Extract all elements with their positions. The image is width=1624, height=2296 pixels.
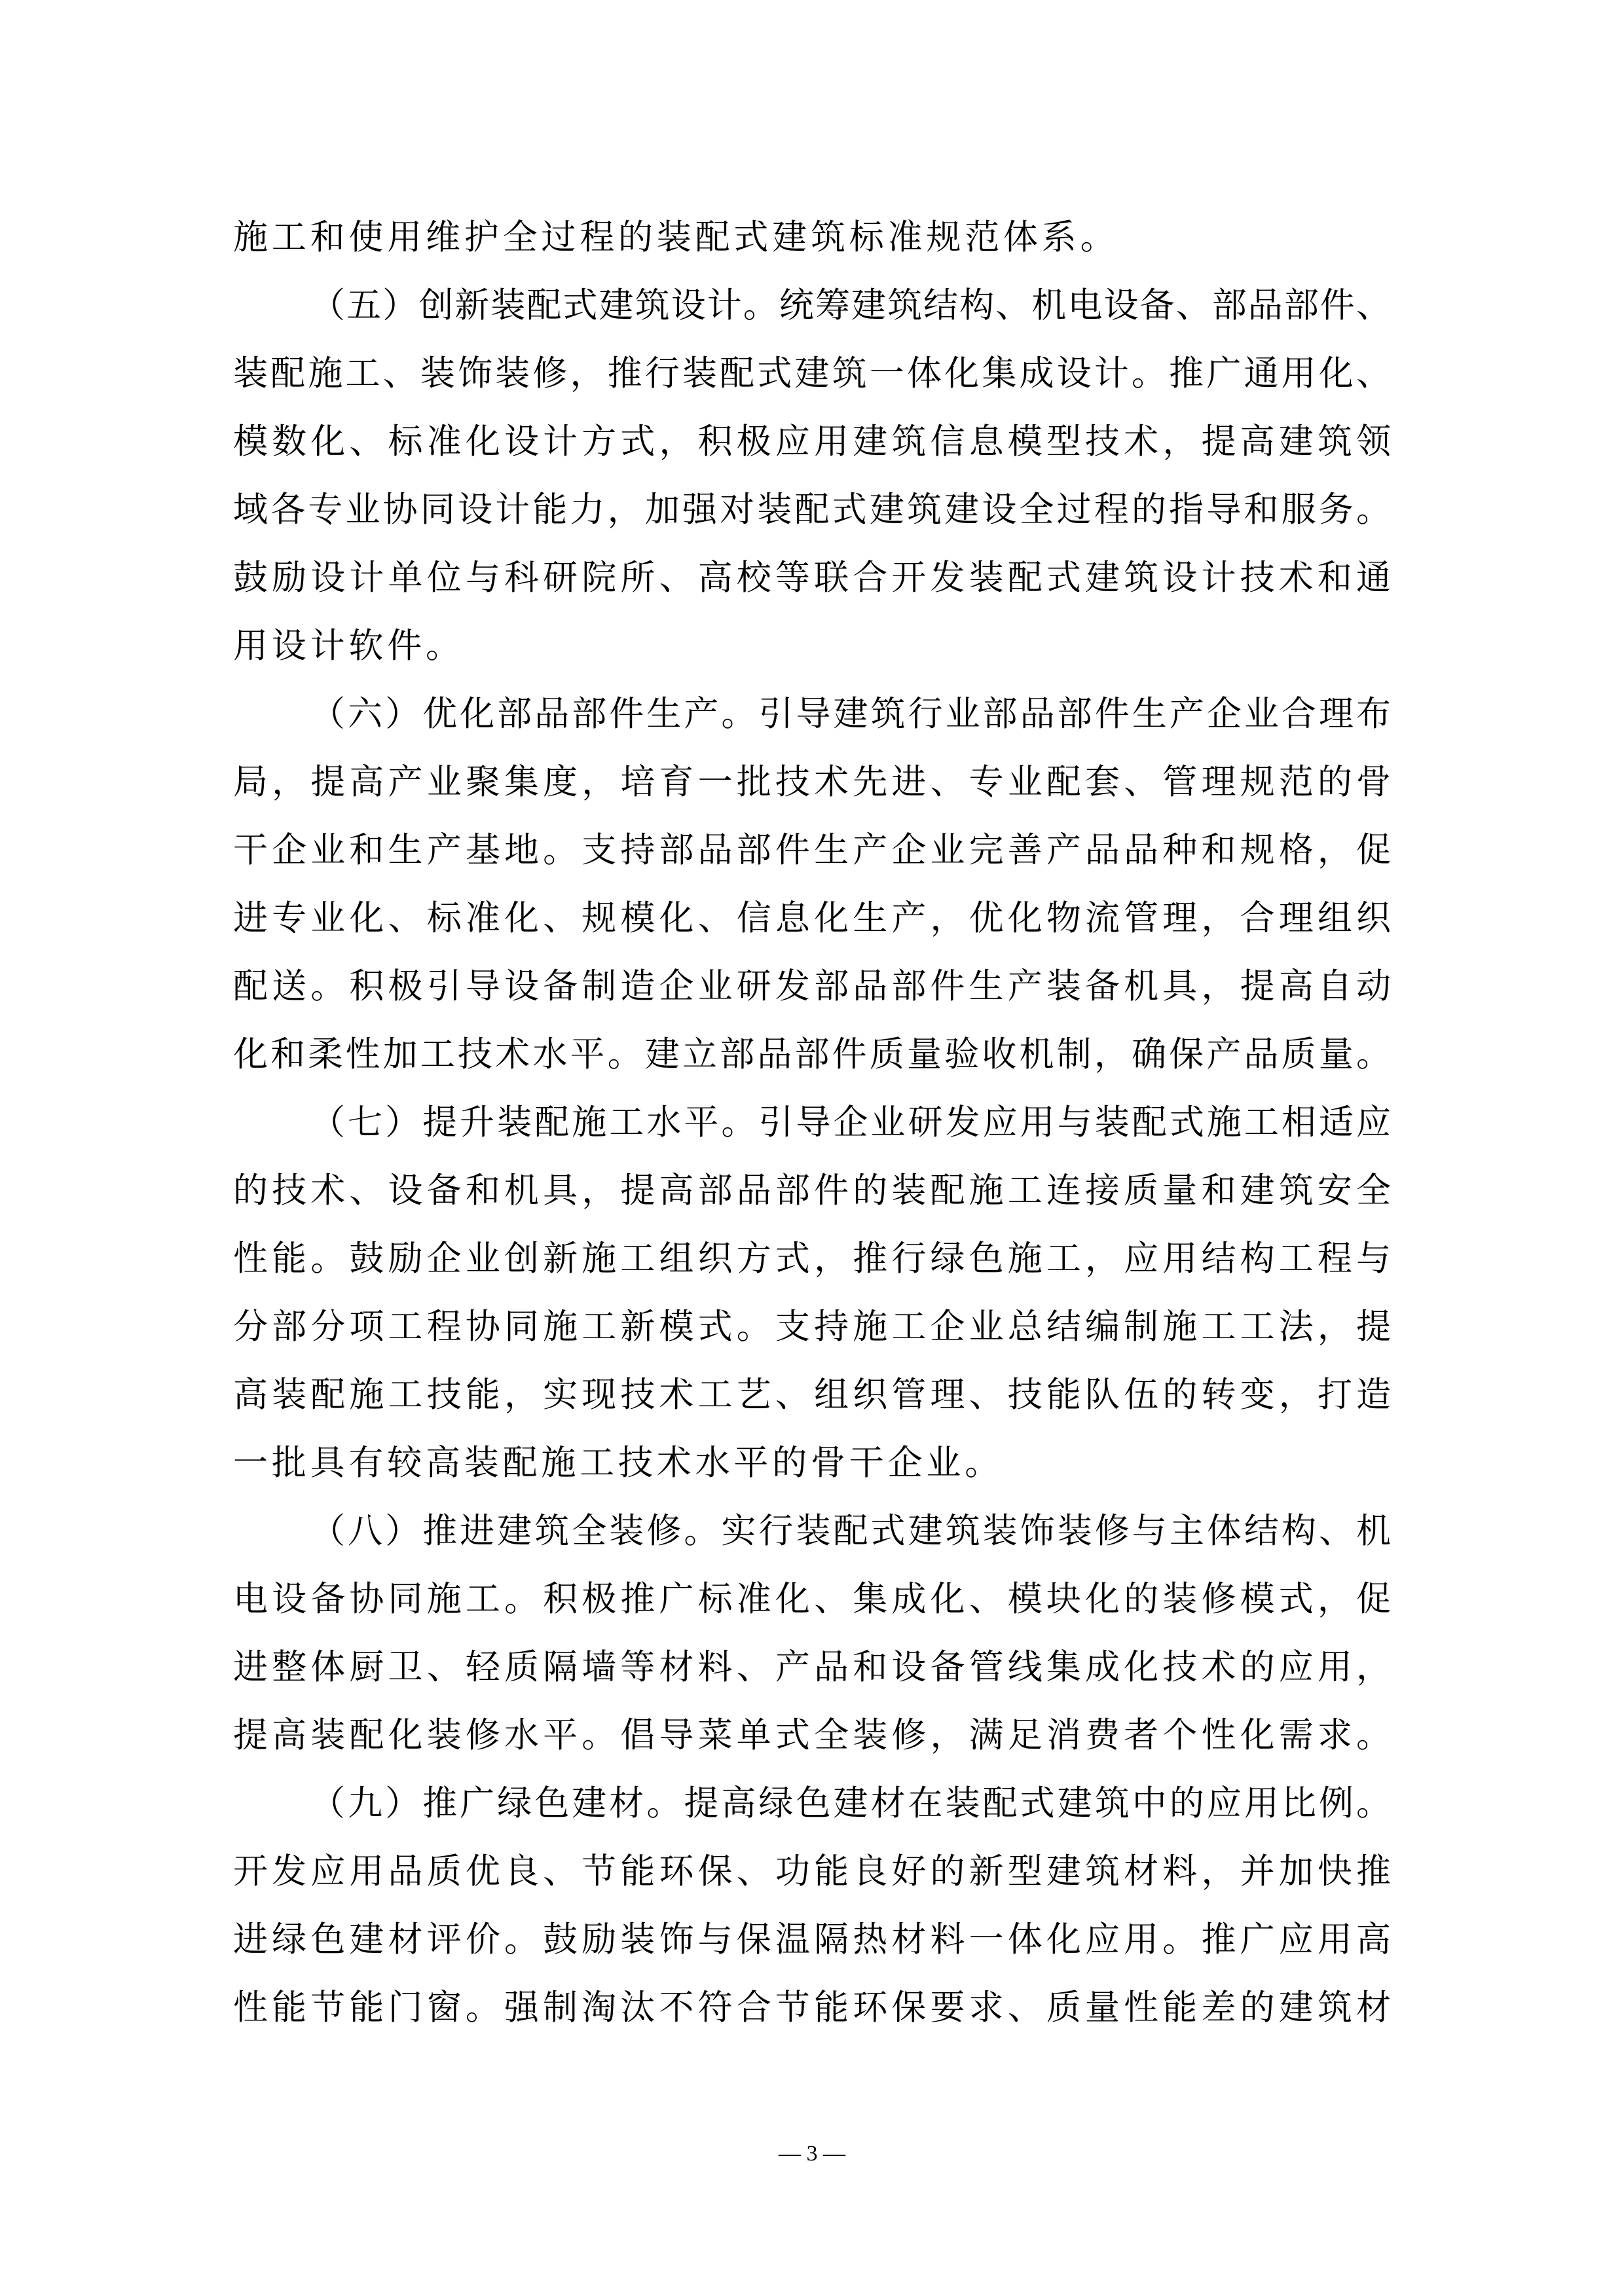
text-line: 一批具有较高装配施工技术水平的骨干企业。 (233, 1429, 1391, 1497)
text-line: （七）提升装配施工水平。引导企业研发应用与装配式施工相适应 (233, 1089, 1391, 1157)
text-line: 进专业化、标准化、规模化、信息化生产，优化物流管理，合理组织 (233, 884, 1391, 953)
text-line: （六）优化部品部件生产。引导建筑行业部品部件生产企业合理布 (233, 680, 1391, 748)
text-line: （五）创新装配式建筑设计。统筹建筑结构、机电设备、部品部件、 (233, 272, 1391, 340)
text-line: 施工和使用维护全过程的装配式建筑标准规范体系。 (233, 204, 1391, 272)
text-line: 局，提高产业聚集度，培育一批技术先进、专业配套、管理规范的骨 (233, 748, 1391, 816)
text-line: 配送。积极引导设备制造企业研发部品部件生产装备机具，提高自动 (233, 953, 1391, 1021)
text-line: 的技术、设备和机具，提高部品部件的装配施工连接质量和建筑安全 (233, 1157, 1391, 1225)
text-line: 电设备协同施工。积极推广标准化、集成化、模块化的装修模式，促 (233, 1565, 1391, 1633)
text-line: 进绿色建材评价。鼓励装饰与保温隔热材料一体化应用。推广应用高 (233, 1906, 1391, 1974)
text-line: 鼓励设计单位与科研院所、高校等联合开发装配式建筑设计技术和通 (233, 544, 1391, 612)
text-line: 装配施工、装饰装修，推行装配式建筑一体化集成设计。推广通用化、 (233, 340, 1391, 408)
text-line: 化和柔性加工技术水平。建立部品部件质量验收机制，确保产品质量。 (233, 1021, 1391, 1089)
text-line: 域各专业协同设计能力，加强对装配式建筑建设全过程的指导和服务。 (233, 476, 1391, 544)
text-line: 用设计软件。 (233, 612, 1391, 680)
text-line: 进整体厨卫、轻质隔墙等材料、产品和设备管线集成化技术的应用， (233, 1633, 1391, 1702)
text-line: 高装配施工技能，实现技术工艺、组织管理、技能队伍的转变，打造 (233, 1361, 1391, 1429)
text-line: （九）推广绿色建材。提高绿色建材在装配式建筑中的应用比例。 (233, 1770, 1391, 1838)
text-line: 干企业和生产基地。支持部品部件生产企业完善产品品种和规格，促 (233, 816, 1391, 884)
page-number: — 3 — (0, 2138, 1624, 2170)
text-line: 分部分项工程协同施工新模式。支持施工企业总结编制施工工法，提 (233, 1293, 1391, 1361)
text-line: 性能节能门窗。强制淘汰不符合节能环保要求、质量性能差的建筑材 (233, 1974, 1391, 2042)
text-line: （八）推进建筑全装修。实行装配式建筑装饰装修与主体结构、机 (233, 1497, 1391, 1565)
document-body: 施工和使用维护全过程的装配式建筑标准规范体系。 （五）创新装配式建筑设计。统筹建… (233, 204, 1391, 2042)
text-line: 模数化、标准化设计方式，积极应用建筑信息模型技术，提高建筑领 (233, 408, 1391, 476)
text-line: 提高装配化装修水平。倡导菜单式全装修，满足消费者个性化需求。 (233, 1702, 1391, 1770)
text-line: 开发应用品质优良、节能环保、功能良好的新型建筑材料，并加快推 (233, 1838, 1391, 1906)
text-line: 性能。鼓励企业创新施工组织方式，推行绿色施工，应用结构工程与 (233, 1225, 1391, 1293)
